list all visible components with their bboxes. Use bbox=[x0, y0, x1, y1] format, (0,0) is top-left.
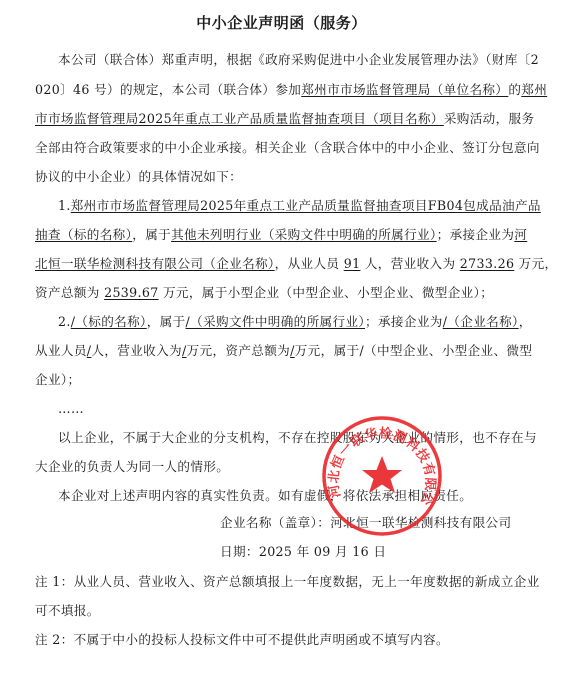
text: 人，营业收入为 bbox=[91, 343, 182, 358]
subject-name: 郑州市市场监督管理局2025年重点工业产品质量监督抽查项目FB04包成品油产品 bbox=[71, 198, 541, 213]
revenue: 2733.26 bbox=[460, 256, 515, 271]
employee-count: 91 bbox=[344, 256, 361, 271]
item1-line2: 抽查（标的名称），属于其他未列明行业（采购文件中明确的所属行业）；承接企业为河 bbox=[35, 227, 479, 243]
text: ，从业人员 bbox=[275, 256, 344, 271]
unit-name: 郑州市市场监督管理局（单位名称） bbox=[301, 82, 508, 97]
document-page: 中小企业声明函（服务） 本公司（联合体）郑重声明，根据《政府采购促进中小企业发展… bbox=[0, 0, 563, 696]
para1-line1: 本公司（联合体）郑重声明，根据《政府采购促进中小企业发展管理办法》（财库〔2 bbox=[58, 52, 479, 68]
subject-name: /（标的名称） bbox=[71, 314, 147, 329]
company-name: /（企业名称） bbox=[443, 314, 519, 329]
industry: /（采购文件中明确的所属行业） bbox=[186, 314, 366, 329]
company-name: 北恒一联华检测科技有限公司（企业名称） bbox=[35, 256, 275, 271]
note1-line2: 可不填报。 bbox=[35, 603, 479, 619]
para2-line2: 大企业的负责人为同一人的情形。 bbox=[35, 459, 479, 475]
item2-line2: 从业人员/人，营业收入为/万元，资产总额为/万元，属于/（中型企业、小型企业、微… bbox=[35, 343, 479, 359]
note1-line1: 注 1：从业人员、营业收入、资产总额填报上一年度数据，无上一年度数据的新成立企业 bbox=[35, 574, 479, 590]
text: ；承接企业为 bbox=[365, 314, 443, 329]
signature-company: 企业名称（盖章）：河北恒一联华检测科技有限公司 bbox=[220, 515, 563, 531]
text: ， bbox=[519, 314, 532, 329]
item-number: 2. bbox=[58, 314, 71, 329]
text: 资产总额为 bbox=[35, 285, 104, 300]
text: 万元，资产总额为 bbox=[187, 343, 291, 358]
para1-line5: 协议的中小企业）的具体情况如下： bbox=[35, 169, 479, 185]
para3: 本企业对上述声明内容的真实性负责。如有虚假，将依法承担相应责任。 bbox=[58, 488, 479, 504]
text: 从业人员 bbox=[35, 343, 87, 358]
signature-date: 日期：2025 年 09 月 16 日 bbox=[220, 544, 563, 560]
text: 万元，属于/（中型企业、小型企业、微型 bbox=[295, 343, 533, 358]
para1-line4: 全部由符合政策要求的中小企业承接。相关企业（含联合体中的中小企业、签订分包意向 bbox=[35, 140, 479, 156]
para1-line2: 020〕46 号）的规定，本公司（联合体）参加郑州市市场监督管理局（单位名称）的… bbox=[35, 82, 479, 98]
industry: 其他未列明行业（采购文件中明确的所属行业） bbox=[171, 227, 437, 242]
ellipsis: …… bbox=[58, 401, 479, 417]
text: 万元，属于小型企业（中型企业、小型企业、微型企业）； bbox=[159, 285, 494, 300]
item2-line1: 2./（标的名称），属于/（采购文件中明确的所属行业）；承接企业为/（企业名称）… bbox=[58, 314, 479, 330]
item1-line1: 1.郑州市市场监督管理局2025年重点工业产品质量监督抽查项目FB04包成品油产… bbox=[58, 198, 479, 214]
text: 人，营业收入为 bbox=[360, 256, 459, 271]
text: ，属于 bbox=[147, 314, 186, 329]
para2-line1: 以上企业，不属于大企业的分支机构，不存在控股股东为大企业的情形，也不存在与 bbox=[58, 430, 479, 446]
company-name-start: 河 bbox=[514, 227, 527, 242]
text: 采购活动，服务 bbox=[444, 111, 535, 126]
item1-line3: 北恒一联华检测科技有限公司（企业名称），从业人员 91 人，营业收入为 2733… bbox=[35, 256, 479, 272]
text: ；承接企业为 bbox=[437, 227, 515, 242]
item-number: 1. bbox=[58, 198, 71, 213]
note2: 注 2：不属于中小的投标人投标文件中可不提供此声明函或不填写内容。 bbox=[35, 632, 479, 648]
project-name-start: 郑州 bbox=[521, 82, 547, 97]
text: 的 bbox=[508, 82, 521, 97]
text: 020〕46 号）的规定，本公司（联合体）参加 bbox=[35, 82, 301, 97]
text: ，属于 bbox=[132, 227, 171, 242]
text: 万元， bbox=[514, 256, 557, 271]
total-assets: 2539.67 bbox=[104, 285, 159, 300]
item2-line3: 企业）； bbox=[35, 372, 479, 388]
para1-line3: 市市场监督管理局2025年重点工业产品质量监督抽查项目（项目名称）采购活动，服务 bbox=[35, 111, 479, 127]
item1-line4: 资产总额为 2539.67 万元，属于小型企业（中型企业、小型企业、微型企业）； bbox=[35, 285, 479, 301]
subject-name-end: 抽查（标的名称） bbox=[35, 227, 132, 242]
project-name: 市市场监督管理局2025年重点工业产品质量监督抽查项目（项目名称） bbox=[35, 111, 444, 126]
document-title: 中小企业声明函（服务） bbox=[0, 12, 563, 33]
